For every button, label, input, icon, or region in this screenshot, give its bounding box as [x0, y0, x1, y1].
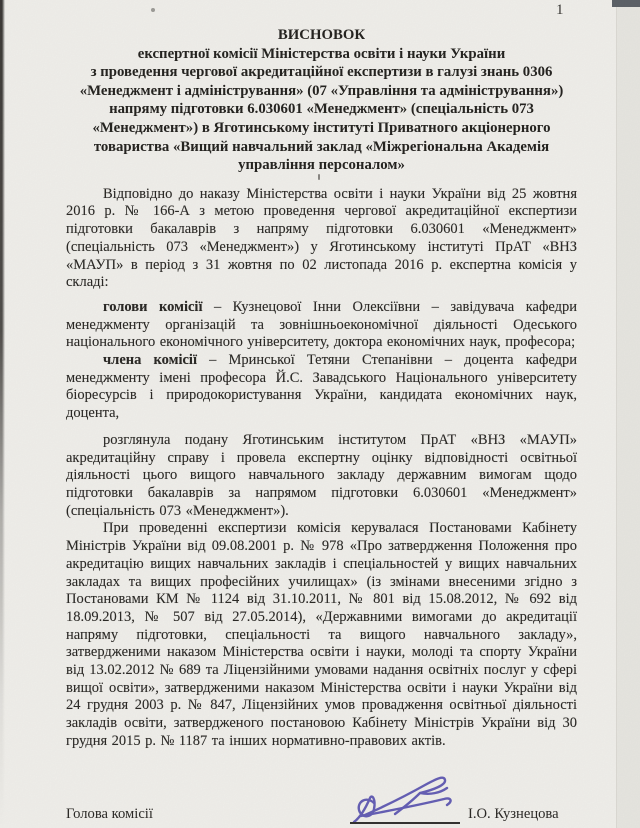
paragraph-review: розглянула подану Яготинським інститутом…: [66, 432, 577, 521]
title-line: ВИСНОВОК: [66, 26, 577, 45]
signature-block: Голова комісії І.О. Кузнецова: [66, 806, 577, 828]
paragraph-legal-basis: При проведенні експертизи комісія керува…: [66, 520, 577, 750]
scan-edge-left-artifact: [0, 0, 5, 828]
document-body: ВИСНОВОК експертної комісії Міністерства…: [66, 26, 577, 751]
title-line: «Менеджмент») в Яготинському інституті П…: [66, 119, 577, 138]
title-line: напряму підготовки 6.030601 «Менеджмент»…: [66, 100, 577, 119]
paragraph-commission-head: голови комісії – Кузнецової Інни Олексії…: [66, 299, 577, 352]
document-title: ВИСНОВОК експертної комісії Міністерства…: [66, 26, 577, 175]
scan-edge-right-artifact: [616, 0, 640, 828]
page-number: 1: [556, 2, 564, 19]
paragraph-order-intro: Відповідно до наказу Міністерства освіти…: [66, 186, 577, 292]
title-line: експертної комісії Міністерства освіти і…: [66, 45, 577, 64]
paragraph-commission-member: члена комісії – Мринської Тетяни Степані…: [66, 352, 577, 423]
title-line: товариства «Вищий навчальний заклад «Між…: [66, 138, 577, 157]
scanned-document-page: 1 ВИСНОВОК експертної комісії Міністерст…: [0, 0, 640, 828]
scan-corner-artifact: [612, 0, 640, 7]
scan-speck: [151, 8, 155, 12]
signatory-role-label: Голова комісії: [66, 806, 153, 823]
signature-line: [350, 806, 460, 824]
commission-member-label: члена комісії: [103, 352, 197, 368]
signatory-name: І.О. Кузнецова: [468, 806, 559, 823]
title-line: управління персоналом»: [66, 156, 577, 175]
title-line: «Менеджмент і адміністрування» (07 «Упра…: [66, 82, 577, 101]
title-line: з проведення чергової акредитаційної екс…: [66, 63, 577, 82]
commission-head-label: голови комісії: [103, 299, 203, 315]
